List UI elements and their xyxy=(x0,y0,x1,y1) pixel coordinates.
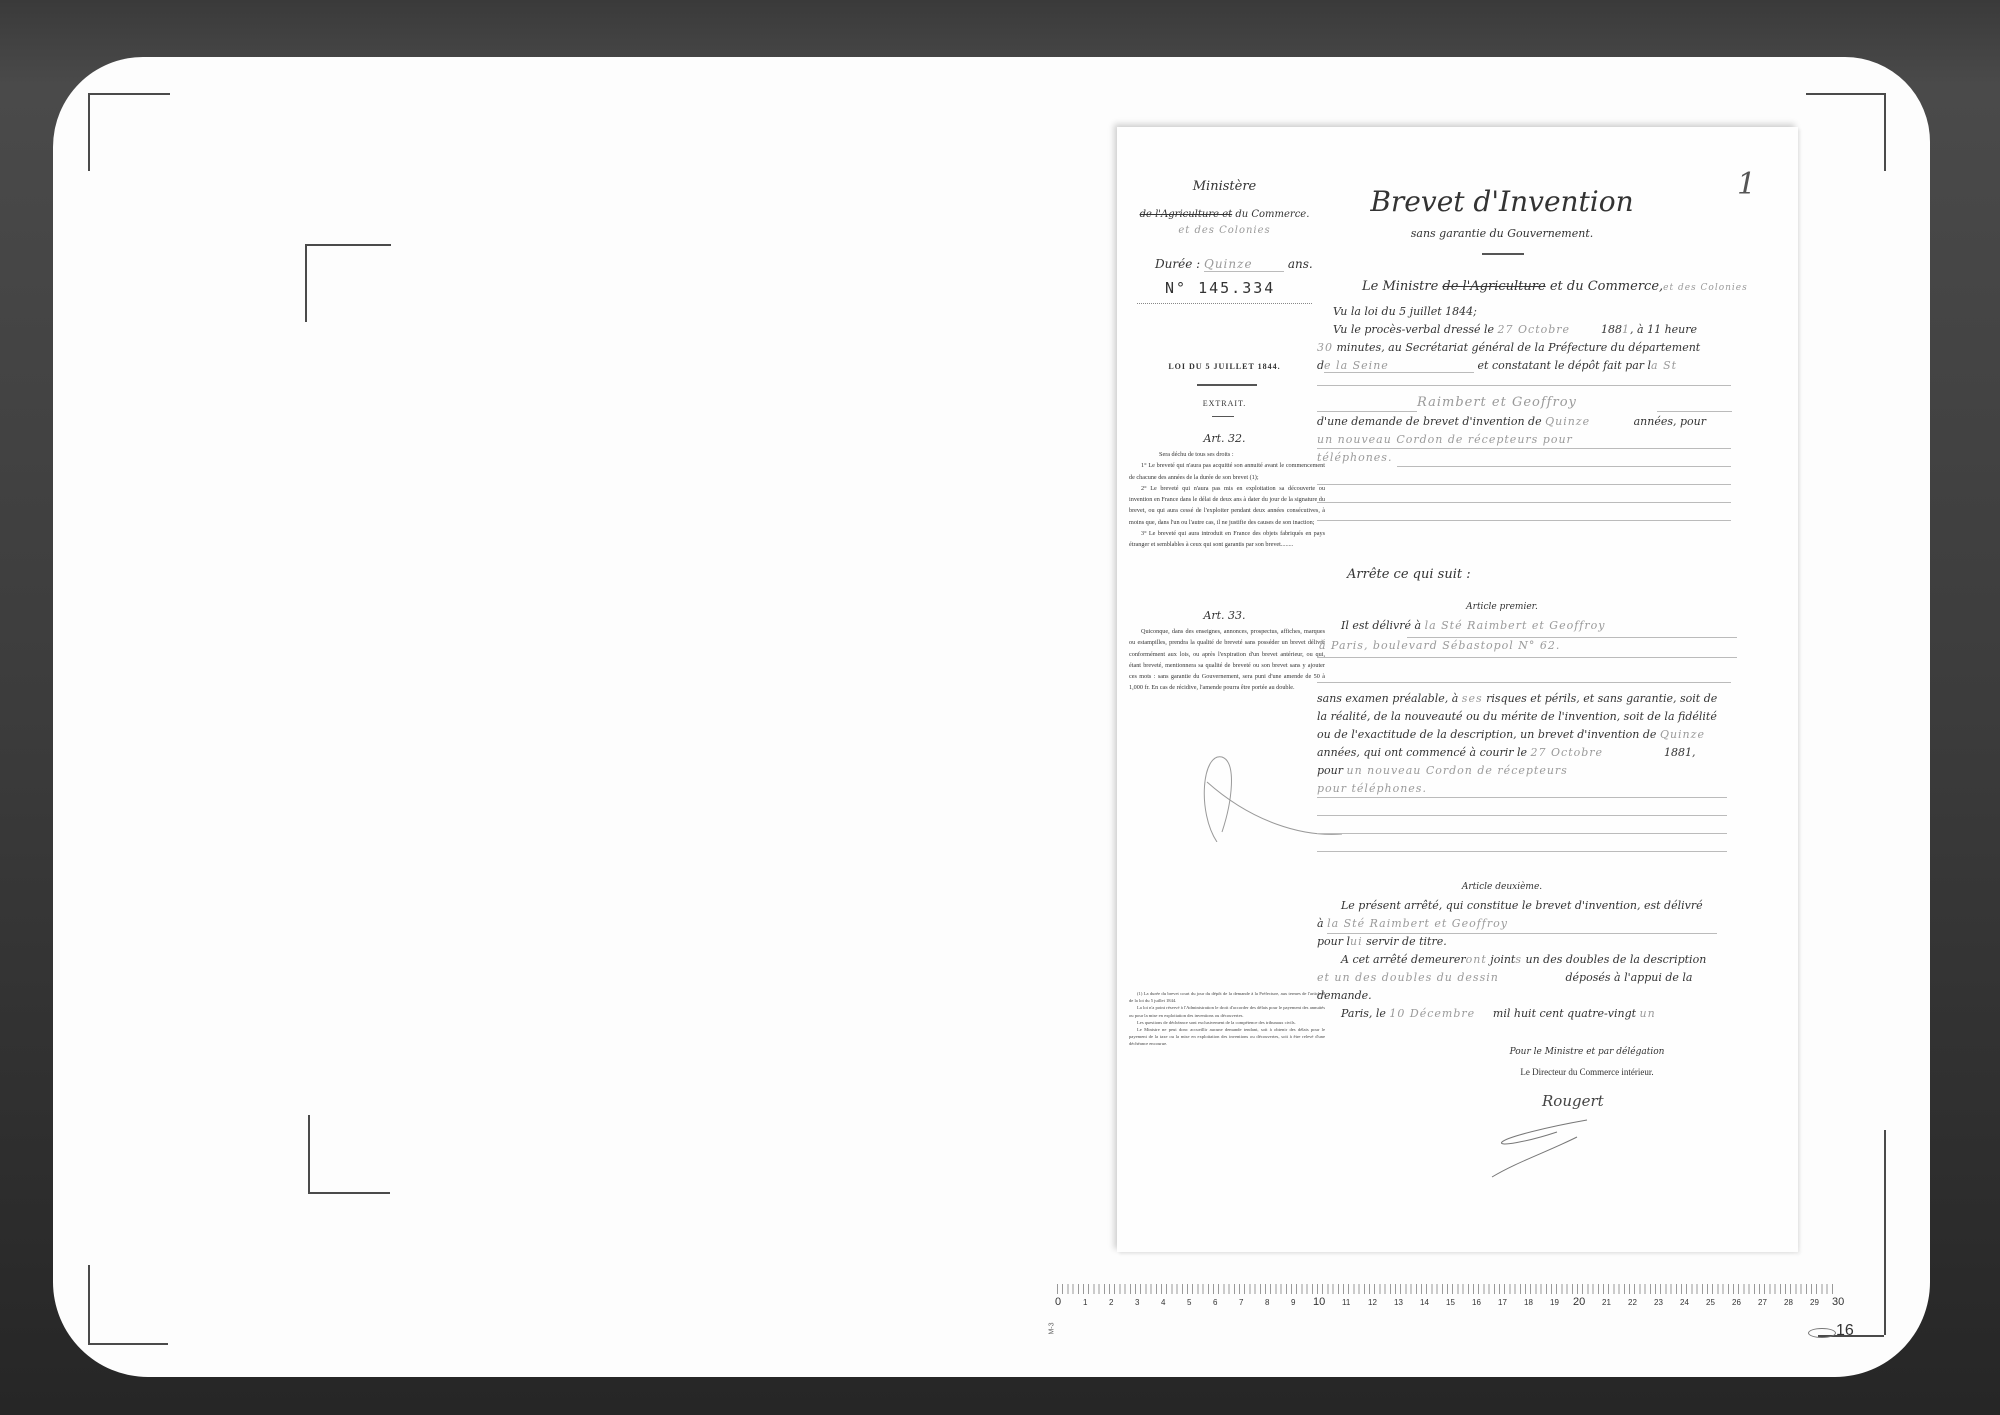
doubles-handwritten: et un des doubles du dessin xyxy=(1317,971,1562,984)
ruler-label: 21 xyxy=(1602,1298,1611,1307)
law-paragraph: 2° Le breveté qui n'aura pas mis en expl… xyxy=(1129,483,1325,528)
delivre-handwritten: la Sté Raimbert et Geoffroy xyxy=(1425,619,1606,632)
ministere-sub-text: du Commerce. xyxy=(1232,209,1309,220)
invention-handwritten-1: un nouveau Cordon de récepteurs pour xyxy=(1317,433,1777,446)
ministre-line: Le Ministre de l'Agriculture et du Comme… xyxy=(1362,279,1822,294)
fill-line xyxy=(1317,448,1731,449)
folio-number: 1 xyxy=(1737,167,1756,202)
sans-examen-suffix: risques et périls, et sans garantie, soi… xyxy=(1486,692,1717,705)
ministre-suffix: et du Commerce, xyxy=(1546,279,1663,294)
article-32-text: Sera déchu de tous ses droits : 1° Le br… xyxy=(1129,449,1325,551)
cet-arrete-prefix: A cet arrêté demeurer xyxy=(1341,953,1466,966)
ministere-subheading: de l'Agriculture et du Commerce. xyxy=(1117,209,1332,220)
a-line: à la Sté Raimbert et Geoffroy xyxy=(1317,917,1777,930)
ruler-label: 0 xyxy=(1055,1296,1061,1308)
pour-handwritten-2: pour téléphones. xyxy=(1317,782,1777,795)
patent-document: Ministère de l'Agriculture et du Commerc… xyxy=(1117,127,1798,1252)
ruler-label: 19 xyxy=(1550,1298,1559,1307)
ruler-label: 25 xyxy=(1706,1298,1715,1307)
duree-label: Durée : xyxy=(1155,257,1200,271)
ruler-label: 22 xyxy=(1628,1298,1637,1307)
fill-line xyxy=(1317,833,1727,834)
inner-crop-mark-top-left xyxy=(305,244,391,322)
crop-mark-bottom-right-vertical xyxy=(1884,1130,1886,1335)
demande-duration-handwritten: Quinze xyxy=(1545,415,1630,428)
address-handwritten: à Paris, boulevard Sébastopol N° 62. xyxy=(1319,639,1779,652)
delivre-prefix: Il est délivré à xyxy=(1341,619,1421,632)
fill-line xyxy=(1317,682,1731,683)
sans-examen-line: sans examen préalable, à ses risques et … xyxy=(1317,692,1777,705)
exactitude-line: ou de l'exactitude de la description, un… xyxy=(1317,728,1777,741)
invention-handwritten-2: téléphones. xyxy=(1317,451,1777,464)
depot-handwritten: a St xyxy=(1651,359,1677,372)
ruler-label: 26 xyxy=(1732,1298,1741,1307)
directeur-line: Le Directeur du Commerce intérieur. xyxy=(1437,1067,1737,1077)
present-arrete-line: Le présent arrêté, qui constitue le brev… xyxy=(1341,899,1801,912)
divider xyxy=(1137,303,1312,304)
ruler-code: M-3 xyxy=(1049,1322,1056,1334)
annees-prefix: années, qui ont commencé à courir le xyxy=(1317,746,1527,759)
vu-pv-year-handwritten: 1 xyxy=(1622,323,1630,336)
ruler-label: 10 xyxy=(1313,1296,1325,1308)
ruler-label: 29 xyxy=(1810,1298,1819,1307)
demande-line: d'une demande de brevet d'invention de Q… xyxy=(1317,415,1777,428)
fill-line xyxy=(1317,657,1737,658)
ruler-label: 5 xyxy=(1187,1298,1191,1307)
footnote-paragraph: La loi n'a point réservé à l'Administrat… xyxy=(1129,1004,1325,1018)
patent-number: N° 145.334 xyxy=(1165,279,1275,297)
fill-line xyxy=(1657,411,1732,412)
law-paragraph: Quiconque, dans des enseignes, annonces,… xyxy=(1129,626,1325,694)
fill-line xyxy=(1407,637,1737,638)
ruler-label: 20 xyxy=(1573,1296,1585,1308)
ruler-label: 8 xyxy=(1265,1298,1269,1307)
footnote-paragraph: Les questions de déchéance sont exclusiv… xyxy=(1129,1019,1325,1026)
ruler-label: 18 xyxy=(1524,1298,1533,1307)
article-33-title: Art. 33. xyxy=(1117,609,1332,622)
ministere-heading: Ministère xyxy=(1117,179,1332,194)
a-handwritten: la Sté Raimbert et Geoffroy xyxy=(1327,917,1508,930)
ruler-label: 2 xyxy=(1109,1298,1113,1307)
ruler-label: 9 xyxy=(1291,1298,1295,1307)
fill-line xyxy=(1317,797,1727,798)
vu-pv-date-handwritten: 27 Octobre xyxy=(1498,323,1598,336)
ruler-label: 1 xyxy=(1083,1298,1087,1307)
realite-line: la réalité, de la nouveauté ou du mérite… xyxy=(1317,710,1777,723)
fill-line xyxy=(1317,484,1731,485)
ruler-label: 16 xyxy=(1472,1298,1481,1307)
divider xyxy=(1197,384,1257,386)
pour-prefix: pour xyxy=(1317,764,1343,777)
vu-pv-time: , à 11 heure xyxy=(1630,323,1697,336)
ruler-label: 23 xyxy=(1654,1298,1663,1307)
dept-prefix: d xyxy=(1317,359,1324,372)
signature-flourish xyxy=(1487,1112,1617,1182)
footnote-paragraph: Le Ministre ne peut donc accueillir aucu… xyxy=(1129,1026,1325,1048)
vu-pv-line-2: 30 minutes, au Secrétariat général de la… xyxy=(1317,341,1777,354)
demande-word: demande. xyxy=(1317,989,1777,1002)
cet-arrete-mid: joint xyxy=(1490,953,1515,966)
ruler-label: 4 xyxy=(1161,1298,1165,1307)
fill-line xyxy=(1317,520,1731,521)
pour-lui-suffix: servir de titre. xyxy=(1366,935,1447,948)
document-title: Brevet d'Invention xyxy=(1337,185,1667,218)
fill-line xyxy=(1317,851,1727,852)
colonies-handwritten: et des Colonies xyxy=(1117,225,1332,236)
law-paragraph: 3° Le breveté qui aura introduit en Fran… xyxy=(1129,528,1325,551)
delivre-line: Il est délivré à la Sté Raimbert et Geof… xyxy=(1341,619,1801,632)
annees-date-handwritten: 27 Octobre xyxy=(1531,746,1661,759)
applicant-handwritten: Raimbert et Geoffroy xyxy=(1417,395,1877,410)
ruler-label: 11 xyxy=(1342,1298,1350,1307)
article-deuxieme-title: Article deuxième. xyxy=(1337,882,1667,892)
sans-examen-handwritten: ses xyxy=(1462,692,1483,705)
cet-arrete-handwritten-2: s xyxy=(1515,953,1522,966)
paris-date-handwritten: 10 Décembre xyxy=(1389,1007,1489,1020)
cet-arrete-line: A cet arrêté demeureront joints un des d… xyxy=(1341,953,1801,966)
duree-unit: ans. xyxy=(1288,257,1313,271)
crop-mark-top-right xyxy=(1806,93,1886,171)
doubles-line: et un des doubles du dessin déposés à l'… xyxy=(1317,971,1777,984)
signature: Rougert xyxy=(1542,1092,1604,1110)
page-number-stamp xyxy=(1808,1328,1836,1338)
article-premier-title: Article premier. xyxy=(1337,602,1667,612)
fill-line xyxy=(1317,385,1731,386)
depot-text: et constatant le dépôt fait par l xyxy=(1478,359,1652,372)
pour-lui-line: pour lui servir de titre. xyxy=(1317,935,1777,948)
minutes-handwritten: 30 xyxy=(1317,341,1333,354)
crop-mark-top-left xyxy=(88,93,170,171)
paris-date-line: Paris, le 10 Décembre mil huit cent quat… xyxy=(1341,1007,1801,1020)
pour-ministre-line: Pour le Ministre et par délégation xyxy=(1437,1047,1737,1057)
article-32-title: Art. 32. xyxy=(1117,432,1332,445)
ruler-ticks xyxy=(1057,1284,1837,1294)
fill-line xyxy=(1317,502,1731,503)
ruler-label: 6 xyxy=(1213,1298,1217,1307)
law-paragraph: 1° Le breveté qui n'aura pas acquitté so… xyxy=(1129,460,1325,483)
page-number: 16 xyxy=(1836,1322,1854,1340)
dept-handwritten: e la Seine xyxy=(1324,359,1474,373)
pour-lui-handwritten: ui xyxy=(1350,935,1363,948)
ministre-prefix: Le Ministre xyxy=(1362,279,1442,294)
fill-line xyxy=(1317,815,1727,816)
fill-line xyxy=(1317,411,1417,412)
annees-year: 1881, xyxy=(1664,746,1696,759)
arrete-heading: Arrête ce qui suit : xyxy=(1347,567,1807,582)
footnotes: (1) La durée du brevet court du jour du … xyxy=(1129,990,1325,1048)
paris-prefix: Paris, le xyxy=(1341,1007,1386,1020)
pour-handwritten: un nouveau Cordon de récepteurs xyxy=(1347,764,1568,777)
exactitude-handwritten: Quinze xyxy=(1660,728,1705,741)
inner-crop-mark-bottom-left xyxy=(308,1115,390,1194)
ruler-label: 28 xyxy=(1784,1298,1793,1307)
document-subtitle: sans garantie du Gouvernement. xyxy=(1337,227,1667,240)
divider xyxy=(1212,416,1234,417)
cet-arrete-handwritten: ont xyxy=(1466,953,1487,966)
article-33-text: Quiconque, dans des enseignes, annonces,… xyxy=(1129,626,1325,694)
duree-handwritten: Quinze xyxy=(1204,257,1284,272)
ministere-struck-text: de l'Agriculture et xyxy=(1140,209,1233,220)
demande-prefix: d'une demande de brevet d'invention de xyxy=(1317,415,1542,428)
crop-mark-bottom-left xyxy=(88,1265,168,1345)
ruler-label: 12 xyxy=(1368,1298,1377,1307)
law-paragraph: Sera déchu de tous ses droits : xyxy=(1129,449,1325,460)
ruler-label: 7 xyxy=(1239,1298,1243,1307)
duree-line: Durée : Quinze ans. xyxy=(1155,257,1313,272)
annees-line: années, qui ont commencé à courir le 27 … xyxy=(1317,746,1777,759)
a-prefix: à xyxy=(1317,917,1324,930)
exactitude-prefix: ou de l'exactitude de la description, un… xyxy=(1317,728,1656,741)
paris-year-handwritten: un xyxy=(1640,1007,1656,1020)
fill-line xyxy=(1397,466,1731,467)
footnote-paragraph: (1) La durée du brevet court du jour du … xyxy=(1129,990,1325,1004)
ministre-struck: de l'Agriculture xyxy=(1442,279,1545,294)
ruler-label: 24 xyxy=(1680,1298,1689,1307)
paris-year-text: mil huit cent quatre-vingt xyxy=(1493,1007,1636,1020)
demande-suffix: années, pour xyxy=(1634,415,1706,428)
ruler-label: 27 xyxy=(1758,1298,1767,1307)
vu-loi-line: Vu la loi du 5 juillet 1844; xyxy=(1333,305,1793,318)
fill-line xyxy=(1327,933,1717,934)
vu-pv-line2-text: minutes, au Secrétariat général de la Pr… xyxy=(1337,341,1701,354)
law-title: LOI DU 5 JUILLET 1844. xyxy=(1117,362,1332,371)
ruler-label: 15 xyxy=(1446,1298,1455,1307)
ruler-label: 13 xyxy=(1394,1298,1403,1307)
vu-pv-line: Vu le procès-verbal dressé le 27 Octobre… xyxy=(1333,323,1793,336)
divider xyxy=(1482,253,1524,255)
sans-examen-prefix: sans examen préalable, à xyxy=(1317,692,1458,705)
measurement-ruler: 0 1 2 3 4 5 6 7 8 9 10 11 12 13 14 15 16… xyxy=(1055,1284,1845,1314)
departement-line: de la Seine et constatant le dépôt fait … xyxy=(1317,359,1777,373)
cet-arrete-suffix: un des doubles de la description xyxy=(1526,953,1707,966)
ruler-label: 3 xyxy=(1135,1298,1139,1307)
ruler-label: 14 xyxy=(1420,1298,1429,1307)
doubles-suffix: déposés à l'appui de la xyxy=(1566,971,1693,984)
pour-line: pour un nouveau Cordon de récepteurs xyxy=(1317,764,1777,777)
vu-pv-prefix: Vu le procès-verbal dressé le xyxy=(1333,323,1494,336)
vu-pv-year: 188 xyxy=(1601,323,1622,336)
ruler-label: 30 xyxy=(1832,1296,1844,1308)
ministre-handwritten: et des Colonies xyxy=(1663,283,1748,293)
extrait-heading: EXTRAIT. xyxy=(1117,399,1332,408)
ruler-label: 17 xyxy=(1498,1298,1507,1307)
pour-lui-prefix: pour l xyxy=(1317,935,1350,948)
